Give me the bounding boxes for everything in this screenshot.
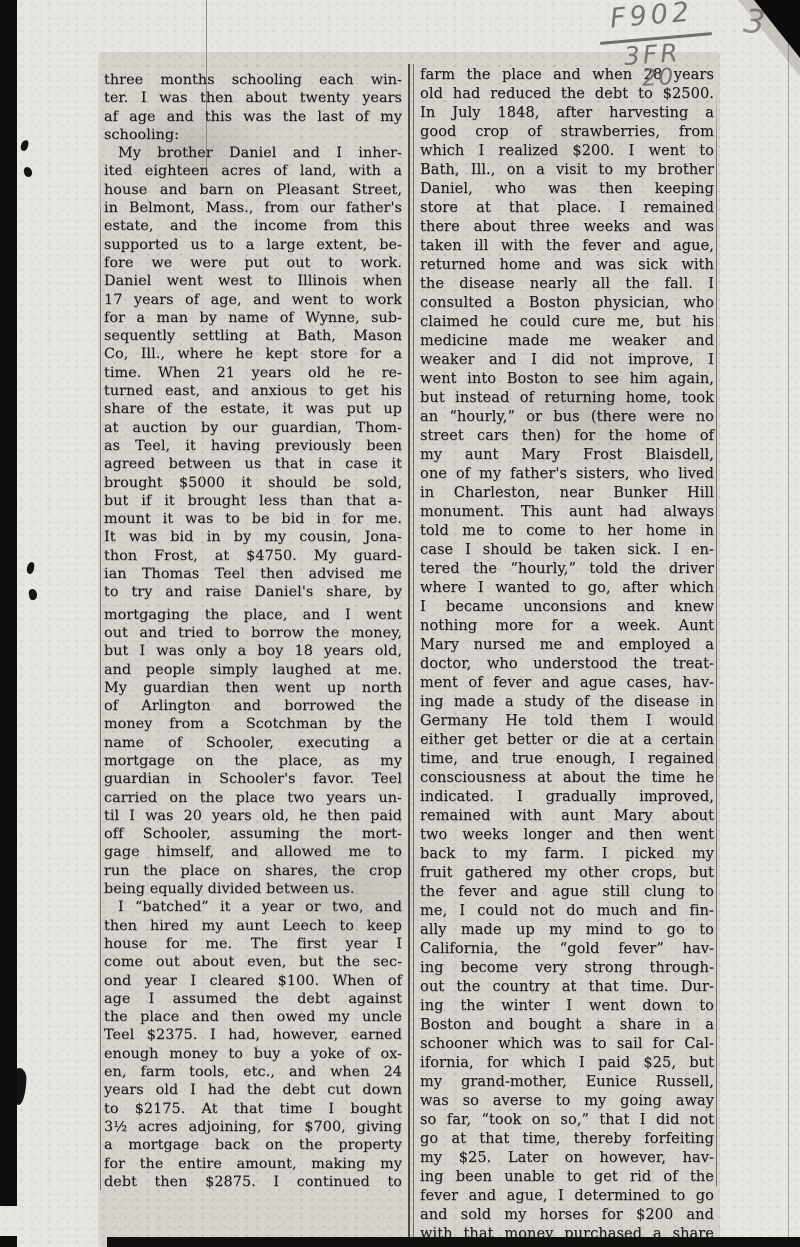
text-line: medicine made me weaker and — [420, 332, 714, 351]
text-line: as Teel, it having previously been — [104, 437, 402, 455]
text-line: Daniel went west to Illinois when — [104, 272, 402, 290]
text-line: estate, and the income from this — [104, 217, 402, 235]
text-line: being equally divided between us. — [104, 880, 402, 898]
ink-speck — [28, 588, 38, 600]
text-line: fruit gathered my other crops, but — [420, 864, 714, 883]
text-line: ond year I cleared $100. When of — [104, 972, 402, 990]
text-line: guardian in Schooler's favor. Teel — [104, 770, 402, 788]
text-line: taken ill with the fever and ague, — [420, 237, 714, 256]
text-line: time. When 21 years old he re- — [104, 364, 402, 382]
text-line: It was bid in by my cousin, Jona- — [104, 528, 402, 546]
column-divider-line-2 — [413, 64, 414, 1245]
text-line: went into Boston to see him again, — [420, 370, 714, 389]
text-line: in Belmont, Mass., from our father's — [104, 199, 402, 217]
text-line: either get better or die at a certain — [420, 731, 714, 750]
text-line: Teel $2375. I had, however, earned — [104, 1026, 402, 1044]
text-line: af age and this was the last of my — [104, 108, 402, 126]
text-line: an “hourly,” or bus (there were no — [420, 408, 714, 427]
text-line: fever and ague, I determined to go — [420, 1187, 714, 1206]
text-line: good crop of strawberries, from — [420, 123, 714, 142]
text-line: but I was only a boy 18 years old, — [104, 642, 402, 660]
text-line: thon Frost, at $4750. My guard- — [104, 547, 402, 565]
text-line: run the place on shares, the crop — [104, 862, 402, 880]
text-line: me, I could not do much and fin- — [420, 902, 714, 921]
text-line: ing the winter I went down to — [420, 997, 714, 1016]
text-line: til I was 20 years old, he then paid — [104, 807, 402, 825]
text-line: Mary nursed me and employed a — [420, 636, 714, 655]
text-line: for a man by name of Wynne, sub- — [104, 309, 402, 327]
text-line: I became unconsions and knew — [420, 598, 714, 617]
text-line: to $2175. At that time I bought — [104, 1100, 402, 1118]
text-line: ited eighteen acres of land, with a — [104, 162, 402, 180]
text-line: age I assumed the debt against — [104, 990, 402, 1008]
text-line: but instead of returning home, took — [420, 389, 714, 408]
text-line: Co, Ill., where he kept store for a — [104, 345, 402, 363]
text-line: ing made a study of the disease in — [420, 693, 714, 712]
bottom-scan-edge — [107, 1237, 800, 1247]
text-line: turned east, and anxious to get his — [104, 382, 402, 400]
text-line: supported us to a large extent, be- — [104, 236, 402, 254]
text-line: money from a Scotchman by the — [104, 715, 402, 733]
text-line: claimed he could cure me, but his — [420, 313, 714, 332]
text-line: consciousness at about the time he — [420, 769, 714, 788]
ink-speck — [20, 139, 29, 151]
text-line: ifornia, for which I paid $25, but — [420, 1054, 714, 1073]
text-line: but if it brought less than that a- — [104, 492, 402, 510]
text-line: go at that time, thereby forfeiting — [420, 1130, 714, 1149]
text-line: monument. This aunt had always — [420, 503, 714, 522]
text-line: was so averse to my going away — [420, 1092, 714, 1111]
text-line: ian Thomas Teel then advised me — [104, 565, 402, 583]
text-line: fore we were put out to work. — [104, 254, 402, 272]
text-line: ment of fever and ague cases, hav- — [420, 674, 714, 693]
text-line: house for me. The first year I — [104, 935, 402, 953]
text-line: my $25. Later on however, hav- — [420, 1149, 714, 1168]
text-line: carried on the place two years un- — [104, 789, 402, 807]
text-line: three months schooling each win- — [104, 71, 402, 89]
text-line: ing been unable to get rid of the — [420, 1168, 714, 1187]
text-line: Germany He told them I would — [420, 712, 714, 731]
text-line: gage himself, and allowed me to — [104, 843, 402, 861]
scan-page: three months schooling each win-ter. I w… — [0, 0, 800, 1247]
text-line: so far, “took on so,” that I did not — [420, 1111, 714, 1130]
text-line: at auction by our guardian, Thom- — [104, 419, 402, 437]
left-column-rule — [100, 150, 101, 1190]
text-line: the place and then owed my uncle — [104, 1008, 402, 1026]
text-line: then hired my aunt Leech to keep — [104, 917, 402, 935]
text-line: in Charleston, near Bunker Hill — [420, 484, 714, 503]
column-divider-line — [408, 64, 410, 1245]
text-line: mortgaging the place, and I went — [104, 606, 402, 624]
text-line: indicated. I gradually improved, — [420, 788, 714, 807]
text-line: Bath, Ill., on a visit to my brother — [420, 161, 714, 180]
text-line: mount it was to be bid in for me. — [104, 510, 402, 528]
ink-speck — [26, 561, 35, 574]
text-line: where I wanted to go, after which — [420, 579, 714, 598]
right-margin-line — [788, 25, 789, 1240]
text-line: told me to come to her home in — [420, 522, 714, 541]
text-line: share of the estate, it was put up — [104, 400, 402, 418]
text-line: ally made up my mind to go to — [420, 921, 714, 940]
text-line: I “batched” it a year or two, and — [104, 898, 402, 916]
text-line: 3½ acres adjoining, for $700, giving — [104, 1118, 402, 1136]
text-line: nothing more for a week. Aunt — [420, 617, 714, 636]
text-line: for the entire amount, making my — [104, 1155, 402, 1173]
text-line: my aunt Mary Frost Blaisdell, — [420, 446, 714, 465]
text-line: off Schooler, assuming the mort- — [104, 825, 402, 843]
text-line: years old I had the debt cut down — [104, 1081, 402, 1099]
text-line: remained with aunt Mary about — [420, 807, 714, 826]
text-line: Boston and bought a share in a — [420, 1016, 714, 1035]
text-line: street cars then) for the home of — [420, 427, 714, 446]
text-line: weaker and I did not improve, I — [420, 351, 714, 370]
text-line: which I realized $200. I went to — [420, 142, 714, 161]
left-scan-edge — [0, 0, 17, 1206]
text-line: agreed between us that in case it — [104, 455, 402, 473]
text-line: In July 1848, after harvesting a — [420, 104, 714, 123]
text-line: and sold my horses for $200 and — [420, 1206, 714, 1225]
handwritten-code-bottom: 20 — [641, 64, 676, 92]
text-line: out and tried to borrow the money, — [104, 624, 402, 642]
text-line: consulted a Boston physician, who — [420, 294, 714, 313]
text-line: returned home and was sick with — [420, 256, 714, 275]
ink-speck — [23, 166, 32, 177]
handwritten-code-top: F902 — [609, 0, 694, 35]
text-line: ter. I was then about twenty years — [104, 89, 402, 107]
text-line: doctor, who understood the treat- — [420, 655, 714, 674]
text-line: back to my farm. I picked my — [420, 845, 714, 864]
text-line: schooner which was to sail for Cal- — [420, 1035, 714, 1054]
text-line: one of my father's sisters, who lived — [420, 465, 714, 484]
text-line: brought $5000 it should be sold, — [104, 474, 402, 492]
text-line: store at that place. I remained — [420, 199, 714, 218]
text-line: there about three weeks and was — [420, 218, 714, 237]
text-line: come out about even, but the sec- — [104, 953, 402, 971]
text-line: out the country at that time. Dur- — [420, 978, 714, 997]
text-line: of Arlington and borrowed the — [104, 697, 402, 715]
text-line: case I should be taken sick. I en- — [420, 541, 714, 560]
text-line: name of Schooler, executing a — [104, 734, 402, 752]
text-line: two weeks longer and then went — [420, 826, 714, 845]
text-line: My guardian then went up north — [104, 679, 402, 697]
text-line: a mortgage back on the property — [104, 1136, 402, 1154]
text-line: house and barn on Pleasant Street, — [104, 181, 402, 199]
text-line: California, the “gold fever” hav- — [420, 940, 714, 959]
text-line: the fever and ague still clung to — [420, 883, 714, 902]
text-line: My brother Daniel and I inher- — [104, 144, 402, 162]
text-line: to try and raise Daniel's share, by — [104, 583, 402, 601]
article-column-left: three months schooling each win-ter. I w… — [104, 71, 402, 1191]
text-line: the disease nearly all the fall. I — [420, 275, 714, 294]
article-column-right: farm the place and when 28 yearsold had … — [420, 66, 714, 1244]
text-line: my grand-mother, Eunice Russell, — [420, 1073, 714, 1092]
text-line: 17 years of age, and went to work — [104, 291, 402, 309]
text-line: debt then $2875. I continued to — [104, 1173, 402, 1191]
text-line: Daniel, who was then keeping — [420, 180, 714, 199]
text-line: mortgage on the place, as my — [104, 752, 402, 770]
text-line: en, farm tools, etc., and when 24 — [104, 1063, 402, 1081]
right-column-rule — [716, 88, 717, 1186]
text-line: and people simply laughed at me. — [104, 661, 402, 679]
left-scan-edge-foot — [0, 1236, 17, 1247]
text-line: sequently settling at Bath, Mason — [104, 327, 402, 345]
text-line: tered the “hourly,” told the driver — [420, 560, 714, 579]
text-line: schooling: — [104, 126, 402, 144]
text-line: enough money to buy a yoke of ox- — [104, 1045, 402, 1063]
text-line: ing become very strong through- — [420, 959, 714, 978]
text-line: time, and true enough, I regained — [420, 750, 714, 769]
